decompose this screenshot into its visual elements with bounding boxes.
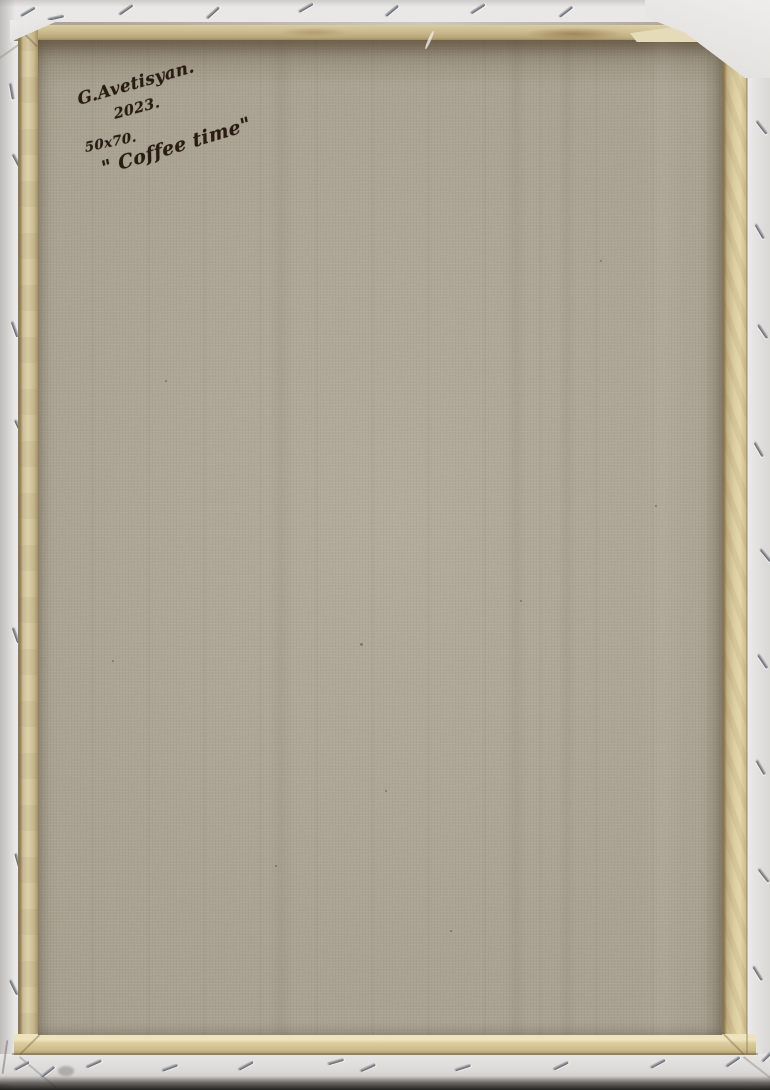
staple-icon <box>755 224 766 239</box>
staple-icon <box>760 548 770 562</box>
wrap-shade-right <box>744 0 770 1090</box>
staple-icon <box>756 120 768 134</box>
weave-streak <box>505 40 527 1035</box>
speck <box>655 505 657 507</box>
wrap-shade-left <box>0 0 18 1090</box>
stretcher-bar-right <box>722 25 747 1055</box>
faint-pencil-marks <box>58 1066 74 1076</box>
speck <box>520 600 522 602</box>
speck <box>275 865 277 867</box>
speck <box>360 643 363 646</box>
bottom-edge-shadow <box>0 1076 770 1090</box>
staple-icon <box>756 760 767 775</box>
staple-icon <box>470 3 485 14</box>
speck <box>165 380 167 382</box>
staple-icon <box>757 654 768 669</box>
staple-icon <box>757 324 768 339</box>
staple-icon <box>754 442 765 457</box>
weave-streak <box>640 40 686 1035</box>
staple-icon <box>385 4 399 17</box>
speck <box>385 790 387 792</box>
staple-icon <box>206 6 220 19</box>
staple-icon <box>559 5 573 17</box>
weave-streak <box>558 40 576 1035</box>
canvas-back-photo: G.Avetisyan. 2023. 50x70. " Coffee time" <box>0 0 770 1090</box>
speck <box>600 260 602 262</box>
staple-icon <box>119 4 134 16</box>
stretcher-bar-bottom <box>14 1034 756 1055</box>
stretcher-bar-left <box>18 25 38 1055</box>
staple-icon <box>48 14 64 20</box>
staple-icon <box>298 2 313 13</box>
staple-icon <box>20 6 35 17</box>
staple-icon <box>758 868 770 882</box>
speck <box>450 930 452 932</box>
speck <box>112 660 114 662</box>
staple-icon <box>9 83 15 99</box>
fabric-texture <box>38 40 722 1035</box>
staple-icon <box>752 966 763 981</box>
linen-canvas: G.Avetisyan. 2023. 50x70. " Coffee time" <box>38 40 722 1035</box>
weave-streak <box>268 40 294 1035</box>
